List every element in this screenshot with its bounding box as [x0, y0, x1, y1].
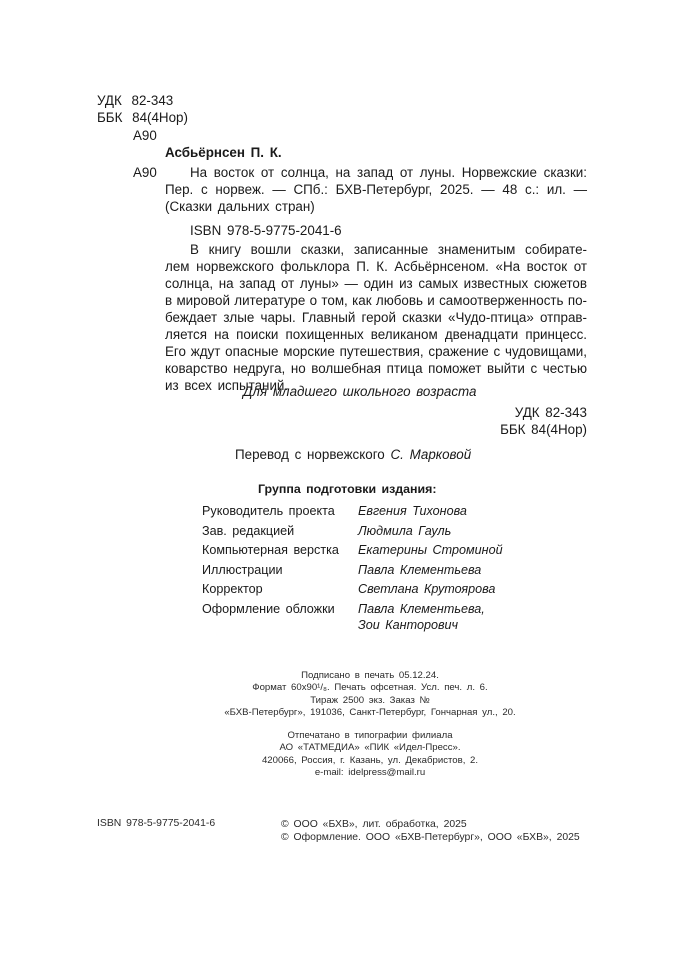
- bbk-value: 84(4Нор): [132, 110, 188, 125]
- printer-info: Отпечатано в типографии филиала АО «ТАТМ…: [200, 730, 540, 779]
- description-line: Пер. с норвеж. — СПб.: БХВ-Петербург, 20…: [165, 181, 587, 198]
- footer-isbn: ISBN 978-5-9775-2041-6: [97, 818, 215, 830]
- udk-value: 82-343: [132, 93, 174, 108]
- annotation-line: Его ждут опасные морские путешествия, ср…: [165, 343, 587, 360]
- imprint-line: Подписано в печать 05.12.24.: [200, 670, 540, 682]
- author-sign: А90: [133, 164, 157, 181]
- udk-right: УДК 82-343: [400, 404, 587, 421]
- age-note: Для младшего школьного возраста: [243, 383, 477, 400]
- printer-line: 420066, Россия, г. Казань, ул. Декабрист…: [200, 755, 540, 767]
- team-member: Екатерины Строминой: [358, 541, 598, 561]
- isbn: ISBN 978-5-9775-2041-6: [190, 222, 342, 239]
- udk-header: УДК 82-343: [97, 92, 173, 109]
- printer-line: e-mail: idelpress@mail.ru: [200, 767, 540, 779]
- author-name: Асбьёрнсен П. К.: [165, 144, 282, 161]
- imprint-line: Формат 60x90¹/₈. Печать офсетная. Усл. п…: [200, 682, 540, 694]
- annotation-line: коварство недруга, но волшебная птица по…: [165, 360, 587, 377]
- team-member: Павла Клементьева: [358, 561, 598, 581]
- printer-line: АО «ТАТМЕДИА» «ПИК «Идел-Пресс».: [200, 742, 540, 754]
- copyright-line: © ООО «БХВ», лит. обработка, 2025: [281, 818, 580, 831]
- udk-label: УДК: [97, 93, 122, 108]
- description-line: (Сказки дальних стран): [165, 198, 587, 215]
- annotation-line: в мировой литературе о том, как любовь и…: [165, 292, 587, 309]
- bibliographic-description: На восток от солнца, на запад от луны. Н…: [165, 164, 587, 215]
- copyright-block: © ООО «БХВ», лит. обработка, 2025 © Офор…: [281, 818, 580, 844]
- imprint-line: Тираж 2500 экз. Заказ №: [200, 695, 540, 707]
- imprint: Подписано в печать 05.12.24. Формат 60x9…: [200, 670, 540, 719]
- bbk-header: ББК 84(4Нор): [97, 109, 188, 126]
- translation-prefix: Перевод с норвежского: [235, 447, 385, 462]
- description-line: На восток от солнца, на запад от луны. Н…: [165, 164, 587, 181]
- annotation-line: солнца, на запад от луны» — один из самы…: [165, 275, 587, 292]
- team-member: Людмила Гауль: [358, 522, 598, 542]
- bbk-label: ББК: [97, 110, 122, 125]
- annotation: В книгу вошли сказки, записанные знамени…: [165, 241, 587, 394]
- author-sign-top: А90: [133, 127, 157, 144]
- annotation-line: беждает злые чары. Главный герой сказки …: [165, 309, 587, 326]
- translator-name: С. Марковой: [390, 447, 471, 462]
- translation-credit: Перевод с норвежского С. Марковой: [235, 446, 471, 463]
- team-names: Евгения Тихонова Людмила Гауль Екатерины…: [358, 502, 598, 636]
- bbk-right: ББК 84(4Нор): [400, 421, 587, 438]
- annotation-line: В книгу вошли сказки, записанные знамени…: [165, 241, 587, 258]
- imprint-line: «БХВ-Петербург», 191036, Санкт-Петербург…: [200, 707, 540, 719]
- team-member: Светлана Крутоярова: [358, 580, 598, 600]
- team-member: Евгения Тихонова: [358, 502, 598, 522]
- annotation-line: лем норвежского фольклора П. К. Асбьёрнс…: [165, 258, 587, 275]
- team-title: Группа подготовки издания:: [258, 482, 437, 496]
- printer-line: Отпечатано в типографии филиала: [200, 730, 540, 742]
- annotation-line: ляется на поиски похищенных великаном дв…: [165, 326, 587, 343]
- copyright-line: © Оформление. ООО «БХВ-Петербург», ООО «…: [281, 831, 580, 844]
